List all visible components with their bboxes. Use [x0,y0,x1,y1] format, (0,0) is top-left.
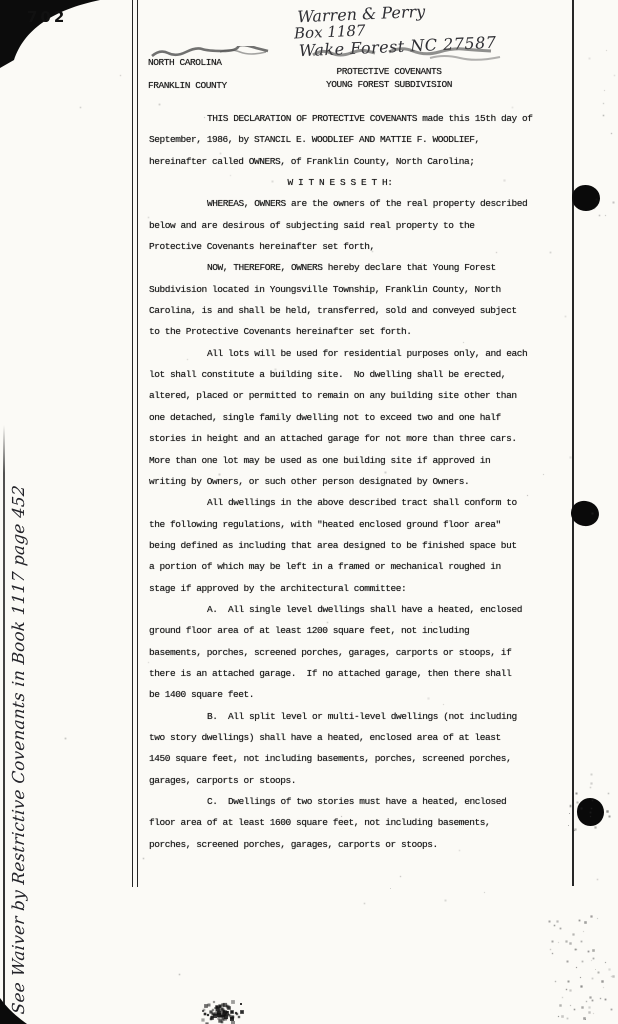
document-line: below and are desirous of subjecting sai… [149,215,531,236]
document-line: 1450 square feet, not including basement… [149,748,531,769]
document-line: be 1400 square feet. [149,684,531,705]
caption-state: NORTH CAROLINA [148,57,222,68]
document-line: Protective Covenants hereinafter set for… [149,236,531,257]
page-number: 702 [27,8,67,26]
document-line: there is an attached garage. If no attac… [149,663,531,684]
document-line: C. Dwellings of two stories must have a … [149,791,531,812]
caption-county: FRANKLIN COUNTY [148,80,227,91]
document-line: ground floor area of at least 1200 squar… [149,620,531,641]
document-line: altered, placed or permitted to remain o… [149,385,531,406]
document-line: September, 1986, by STANCIL E. WOODLIEF … [149,129,531,150]
scan-noise [0,0,1,1]
document-line: stories in height and an attached garage… [149,428,531,449]
document-line: to the Protective Covenants hereinafter … [149,321,531,342]
document-line: lot shall constitute a building site. No… [149,364,531,385]
document-line: floor area of at least 1600 square feet,… [149,812,531,833]
document-line: a portion of which may be left in a fram… [149,556,531,577]
document-line: two story dwellings) shall have a heated… [149,727,531,748]
document-line: Subdivision located in Youngsville Towns… [149,279,531,300]
hole-punch-dot [569,499,600,528]
document-line: one detached, single family dwelling not… [149,407,531,428]
ink-smudge [310,46,535,64]
document-line: basements, porches, screened porches, ga… [149,642,531,663]
document-line: W I T N E S S E T H: [149,172,531,193]
document-line: A. All single level dwellings shall have… [149,599,531,620]
hole-punch-dot [577,798,604,826]
hole-punch-dot [572,185,600,211]
document-line: writing by Owners, or such other person … [149,471,531,492]
document-body: THIS DECLARATION OF PROTECTIVE COVENANTS… [149,108,531,855]
document-line: More than one lot may be used as one bui… [149,450,531,471]
document-line: being defined as including that area des… [149,535,531,556]
document-line: B. All split level or multi-level dwelli… [149,706,531,727]
scanned-document-page: 702 Warren & Perry Box 1187 Wake Forest … [0,0,618,1024]
left-double-rule [132,0,138,887]
document-title-line2: YOUNG FOREST SUBDIVISION [310,79,468,90]
document-line: WHEREAS, OWNERS are the owners of the re… [149,193,531,214]
document-line: THIS DECLARATION OF PROTECTIVE COVENANTS… [149,108,531,129]
document-line: Carolina, is and shall be held, transfer… [149,300,531,321]
left-edge-shadow [3,425,5,1024]
document-line: NOW, THEREFORE, OWNERS hereby declare th… [149,257,531,278]
margin-note: See Waiver by Restrictive Covenants in B… [9,383,28,1015]
document-line: hereinafter called OWNERS, of Franklin C… [149,151,531,172]
document-line: stage if approved by the architectural c… [149,578,531,599]
document-line: All lots will be used for residential pu… [149,343,531,364]
document-line: garages, carports or stoops. [149,770,531,791]
right-rule [572,0,574,886]
document-line: the following regulations, with "heated … [149,514,531,535]
document-line: porches, screened porches, garages, carp… [149,834,531,855]
document-title-line1: PROTECTIVE COVENANTS [318,66,460,77]
document-line: All dwellings in the above described tra… [149,492,531,513]
